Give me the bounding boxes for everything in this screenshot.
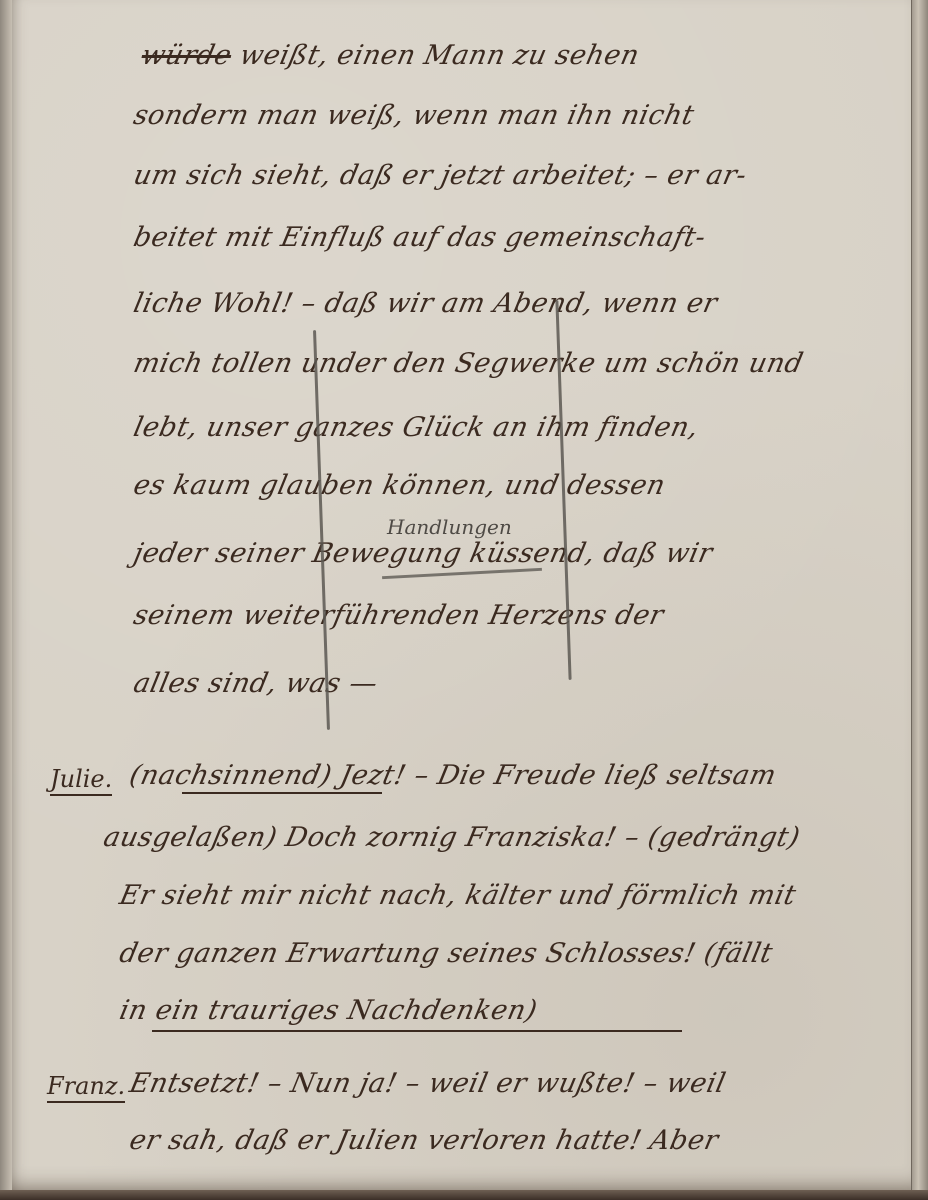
- manuscript-line-4: beitet mit Einfluß auf das gemeinschaft-: [131, 222, 709, 253]
- line-text: weißt, einen Mann zu sehen: [237, 40, 642, 71]
- manuscript-line-9: jeder seiner Bewegung küssend, daß wir: [131, 538, 716, 569]
- manuscript-line-1: würde weißt, einen Mann zu sehen: [139, 40, 642, 71]
- stage-direction-underline: [182, 792, 382, 794]
- manuscript-line-10: seinem weiterführenden Herzens der: [131, 600, 667, 631]
- page-bottom-edge: [0, 1190, 928, 1200]
- stage-direction-underline: [152, 1030, 682, 1032]
- speech-julie-line-1: (nachsinnend) Jezt! – Die Freude ließ se…: [127, 760, 779, 791]
- manuscript-line-3: um sich sieht, daß er jetzt arbeitet; – …: [131, 160, 750, 191]
- speaker-label-julie: Julie.: [50, 765, 112, 796]
- manuscript-line-11: alles sind, was —: [131, 668, 381, 699]
- manuscript-line-7: lebt, unser ganzes Glück an ihm finden,: [131, 412, 702, 443]
- pencil-insertion: Handlungen: [387, 515, 512, 539]
- manuscript-line-5: liche Wohl! – daß wir am Abend, wenn er: [131, 288, 721, 319]
- speech-julie-line-5: in ein trauriges Nachdenken): [117, 995, 540, 1026]
- speech-julie-line-4: der ganzen Erwartung seines Schlosses! (…: [117, 938, 776, 969]
- manuscript-page: würde weißt, einen Mann zu sehen sondern…: [12, 0, 914, 1190]
- speech-julie-line-3: Er sieht mir nicht nach, kälter und förm…: [117, 880, 799, 911]
- manuscript-line-6: mich tollen under den Segwerke um schön …: [131, 348, 806, 379]
- speaker-label-franz: Franz.: [47, 1072, 125, 1103]
- binding-edge-right: [911, 0, 928, 1200]
- manuscript-line-8: es kaum glauben können, und dessen: [131, 470, 669, 501]
- manuscript-line-2: sondern man weiß, wenn man ihn nicht: [131, 100, 697, 131]
- speech-franz-line-2: er sah, daß er Julien verloren hatte! Ab…: [127, 1125, 722, 1156]
- pencil-strike: [382, 568, 542, 579]
- speech-franz-line-1: Entsetzt! – Nun ja! – weil er wußte! – w…: [127, 1068, 729, 1099]
- struck-word: würde: [139, 40, 235, 71]
- speech-julie-line-2: ausgelaßen) Doch zornig Franziska! – (ge…: [101, 822, 803, 853]
